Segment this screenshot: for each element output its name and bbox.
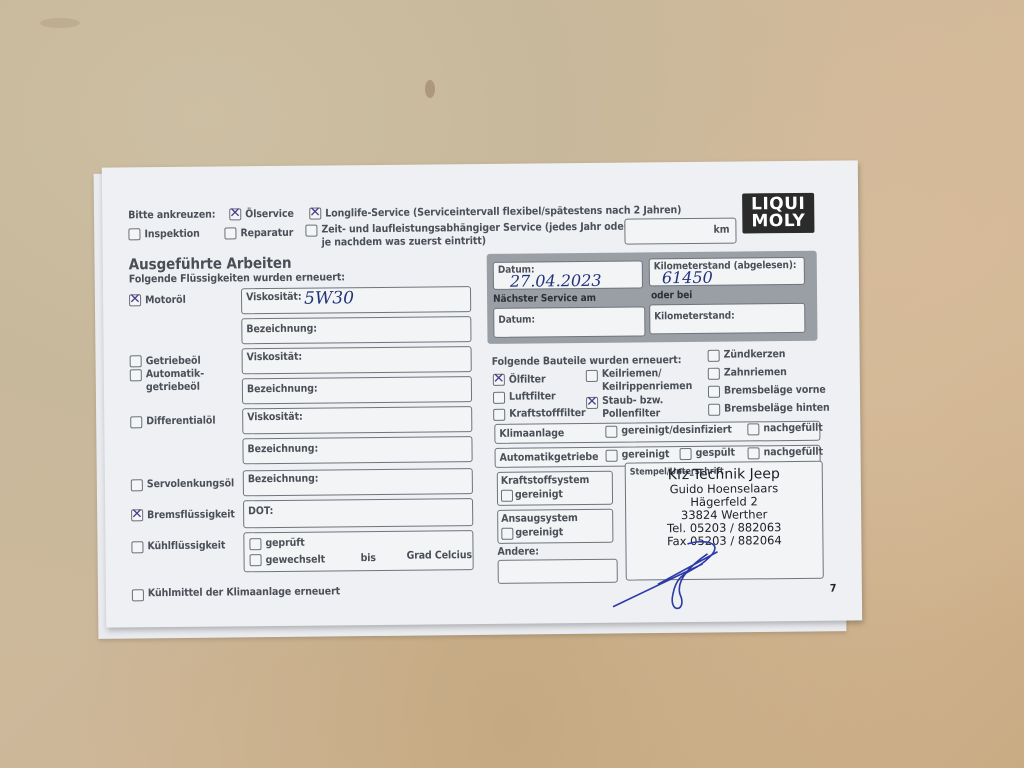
kilometerstand-value: 61450 xyxy=(662,268,713,287)
automatikgetriebe-label: Automatikgetriebe xyxy=(500,451,599,464)
ansaugsystem-label: Ansaugsystem xyxy=(501,512,578,525)
reparatur-checkbox[interactable] xyxy=(224,227,236,239)
page-number: 7 xyxy=(830,583,837,595)
logo-line2: MOLY xyxy=(746,213,810,231)
bremsfluessigkeit-checkbox[interactable] xyxy=(131,509,143,521)
keilriemen-checkbox[interactable] xyxy=(586,370,598,382)
kuehlfluessigkeit-label: Kühlflüssigkeit xyxy=(147,539,225,552)
bremsbelaege-vorne-label: Bremsbeläge vorne xyxy=(724,384,826,397)
differentialoel-label: Differentialöl xyxy=(146,415,215,428)
pollenfilter-label2: Pollenfilter xyxy=(602,407,660,420)
klima-kuehlmittel-checkbox[interactable] xyxy=(132,589,144,601)
kraftstofffilter-label: Kraftstofffilter xyxy=(509,407,586,420)
klima-nachgefuellt-checkbox[interactable] xyxy=(747,423,759,435)
klima-kuehlmittel-label: Kühlmittel der Klimaanlage erneuert xyxy=(148,585,340,599)
klimaanlage-row: Klimaanlage gereinigt/desinfiziert nachg… xyxy=(494,421,820,444)
bremsfluessigkeit-label: Bremsflüssigkeit xyxy=(147,508,235,521)
getriebeoel-checkbox[interactable] xyxy=(130,355,142,367)
service-form-card: Bitte ankreuzen: Ölservice Longlife-Serv… xyxy=(102,160,862,627)
section-title: Ausgeführte Arbeiten xyxy=(129,254,292,274)
automatikgetriebeoel-label2: getriebeöl xyxy=(146,381,200,394)
servolenkungsoel-bezeichnung-field[interactable]: Bezeichnung: xyxy=(243,468,473,496)
signature xyxy=(607,533,748,614)
getriebeoel-bezeichnung-field[interactable]: Bezeichnung: xyxy=(242,376,472,404)
luftfilter-checkbox[interactable] xyxy=(493,392,505,404)
ag-gespuelt-label: gespült xyxy=(696,447,735,459)
interval-label-line2: je nachdem was zuerst eintritt) xyxy=(321,235,486,249)
bremsbelaege-hinten-label: Bremsbeläge hinten xyxy=(724,402,830,415)
differentialoel-bezeichnung-field[interactable]: Bezeichnung: xyxy=(242,436,472,464)
prompt-label: Bitte ankreuzen: xyxy=(128,209,215,222)
oelfilter-checkbox[interactable] xyxy=(493,374,505,386)
oelservice-checkbox[interactable] xyxy=(229,208,241,220)
andere-label: Andere: xyxy=(497,545,538,557)
field-label: Viskosität: xyxy=(246,291,302,304)
differentialoel-viskositaet-field[interactable]: Viskosität: xyxy=(242,406,472,434)
servolenkungsoel-label: Servolenkungsöl xyxy=(147,477,234,490)
liqui-moly-logo: LIQUI MOLY xyxy=(742,193,814,234)
ag-gespuelt-checkbox[interactable] xyxy=(680,448,692,460)
longlife-checkbox[interactable] xyxy=(309,208,321,220)
field-label: DOT: xyxy=(248,505,273,517)
zuendkerzen-label: Zündkerzen xyxy=(724,348,786,361)
oelservice-label: Ölservice xyxy=(245,208,294,220)
ag-gereinigt-label: gereinigt xyxy=(622,448,670,460)
ansaugsystem-checkbox[interactable] xyxy=(501,528,513,540)
andere-field[interactable] xyxy=(498,559,618,584)
geprueft-label: geprüft xyxy=(265,537,304,549)
pollenfilter-checkbox[interactable] xyxy=(586,397,598,409)
zahnriemen-label: Zahnriemen xyxy=(724,366,787,379)
differentialoel-checkbox[interactable] xyxy=(130,416,142,428)
service-date-panel: Datum: 27.04.2023 Kilometerstand (abgele… xyxy=(487,251,818,344)
oelfilter-label: Ölfilter xyxy=(509,373,546,385)
motoroel-viskositaet-field[interactable]: Viskosität: 5W30 xyxy=(241,286,471,314)
oder-bei-label: oder bei xyxy=(651,290,692,301)
klima-gereinigt-label: gereinigt/desinfiziert xyxy=(621,424,732,437)
klima-nachgefuellt-label: nachgefüllt xyxy=(763,422,822,435)
fluids-heading: Folgende Flüssigkeiten wurden erneuert: xyxy=(129,271,345,285)
datum-field[interactable]: Datum: 27.04.2023 xyxy=(493,260,643,289)
zuendkerzen-checkbox[interactable] xyxy=(708,350,720,362)
bremsbelaege-vorne-checkbox[interactable] xyxy=(708,386,720,398)
luftfilter-label: Luftfilter xyxy=(509,390,556,402)
wood-knot xyxy=(40,18,80,28)
kraftstoffsystem-gereinigt-label: gereinigt xyxy=(515,488,563,500)
field-label: Bezeichnung: xyxy=(247,383,318,396)
gewechselt-label: gewechselt xyxy=(266,554,326,567)
next-service-label: Nächster Service am xyxy=(493,293,596,305)
ag-nachgefuellt-checkbox[interactable] xyxy=(748,447,760,459)
grad-celcius-label: Grad Celcius xyxy=(406,549,472,562)
motoroel-checkbox[interactable] xyxy=(129,294,141,306)
klimaanlage-label: Klimaanlage xyxy=(499,427,564,440)
ag-gereinigt-checkbox[interactable] xyxy=(606,450,618,462)
klima-gereinigt-checkbox[interactable] xyxy=(605,426,617,438)
kraftstoffsystem-box: Kraftstoffsystem gereinigt xyxy=(497,471,613,506)
interval-checkbox[interactable] xyxy=(305,225,317,237)
servolenkungsoel-checkbox[interactable] xyxy=(131,479,143,491)
next-datum-field[interactable]: Datum: xyxy=(493,306,645,337)
motoroel-label: Motoröl xyxy=(145,294,186,306)
inspektion-label: Inspektion xyxy=(144,228,199,241)
kilometerstand-field[interactable]: Kilometerstand (abgelesen): 61450 xyxy=(649,257,805,286)
interval-label: Zeit- und laufleistungsabhängiger Servic… xyxy=(321,220,650,235)
getriebeoel-viskositaet-field[interactable]: Viskosität: xyxy=(242,346,472,374)
field-label: Datum: xyxy=(498,314,535,325)
field-label: Viskosität: xyxy=(247,351,303,364)
keilriemen-label2: Keilrippenriemen xyxy=(602,380,692,393)
kraftstofffilter-checkbox[interactable] xyxy=(493,409,505,421)
automatikgetriebeoel-checkbox[interactable] xyxy=(130,369,142,381)
ag-nachgefuellt-label: nachgefüllt xyxy=(764,446,823,459)
field-label: Viskosität: xyxy=(247,411,303,424)
ansaugsystem-box: Ansaugsystem gereinigt xyxy=(497,509,613,544)
field-label: Bezeichnung: xyxy=(246,323,317,336)
interval-km-field[interactable]: km xyxy=(624,218,736,245)
ansaugsystem-gereinigt-label: gereinigt xyxy=(515,526,563,538)
bremsbelaege-hinten-checkbox[interactable] xyxy=(708,404,720,416)
automatikgetriebeoel-label: Automatik- xyxy=(146,368,204,381)
kraftstoffsystem-checkbox[interactable] xyxy=(501,490,513,502)
pollenfilter-label: Staub- bzw. xyxy=(602,394,663,407)
keilriemen-label: Keilriemen/ xyxy=(602,367,662,380)
bremsfluessigkeit-dot-field[interactable]: DOT: xyxy=(243,498,473,528)
inspektion-checkbox[interactable] xyxy=(128,228,140,240)
next-kilometerstand-field[interactable]: Kilometerstand: xyxy=(649,303,805,334)
kuehlfluessigkeit-checkbox[interactable] xyxy=(131,541,143,553)
kraftstoffsystem-label: Kraftstoffsystem xyxy=(501,474,590,487)
gewechselt-checkbox[interactable] xyxy=(250,554,262,566)
geprueft-checkbox[interactable] xyxy=(249,538,261,550)
wood-knot xyxy=(425,80,435,98)
motoroel-bezeichnung-field[interactable]: Bezeichnung: xyxy=(241,316,471,344)
zahnriemen-checkbox[interactable] xyxy=(708,368,720,380)
field-label: Bezeichnung: xyxy=(248,473,319,486)
field-label: Bezeichnung: xyxy=(247,443,318,456)
bis-label: bis xyxy=(361,552,376,564)
parts-heading: Folgende Bauteile wurden erneuert: xyxy=(492,354,682,368)
motoroel-viskositaet-value: 5W30 xyxy=(304,288,354,308)
kuehlfluessigkeit-field: geprüft gewechselt bis Grad Celcius xyxy=(243,530,473,572)
datum-value: 27.04.2023 xyxy=(510,271,602,291)
getriebeoel-label: Getriebeöl xyxy=(146,355,201,368)
reparatur-label: Reparatur xyxy=(240,227,293,240)
field-label: Kilometerstand: xyxy=(654,311,734,323)
km-unit-label: km xyxy=(713,224,729,236)
longlife-label: Longlife-Service (Serviceintervall flexi… xyxy=(325,204,681,219)
